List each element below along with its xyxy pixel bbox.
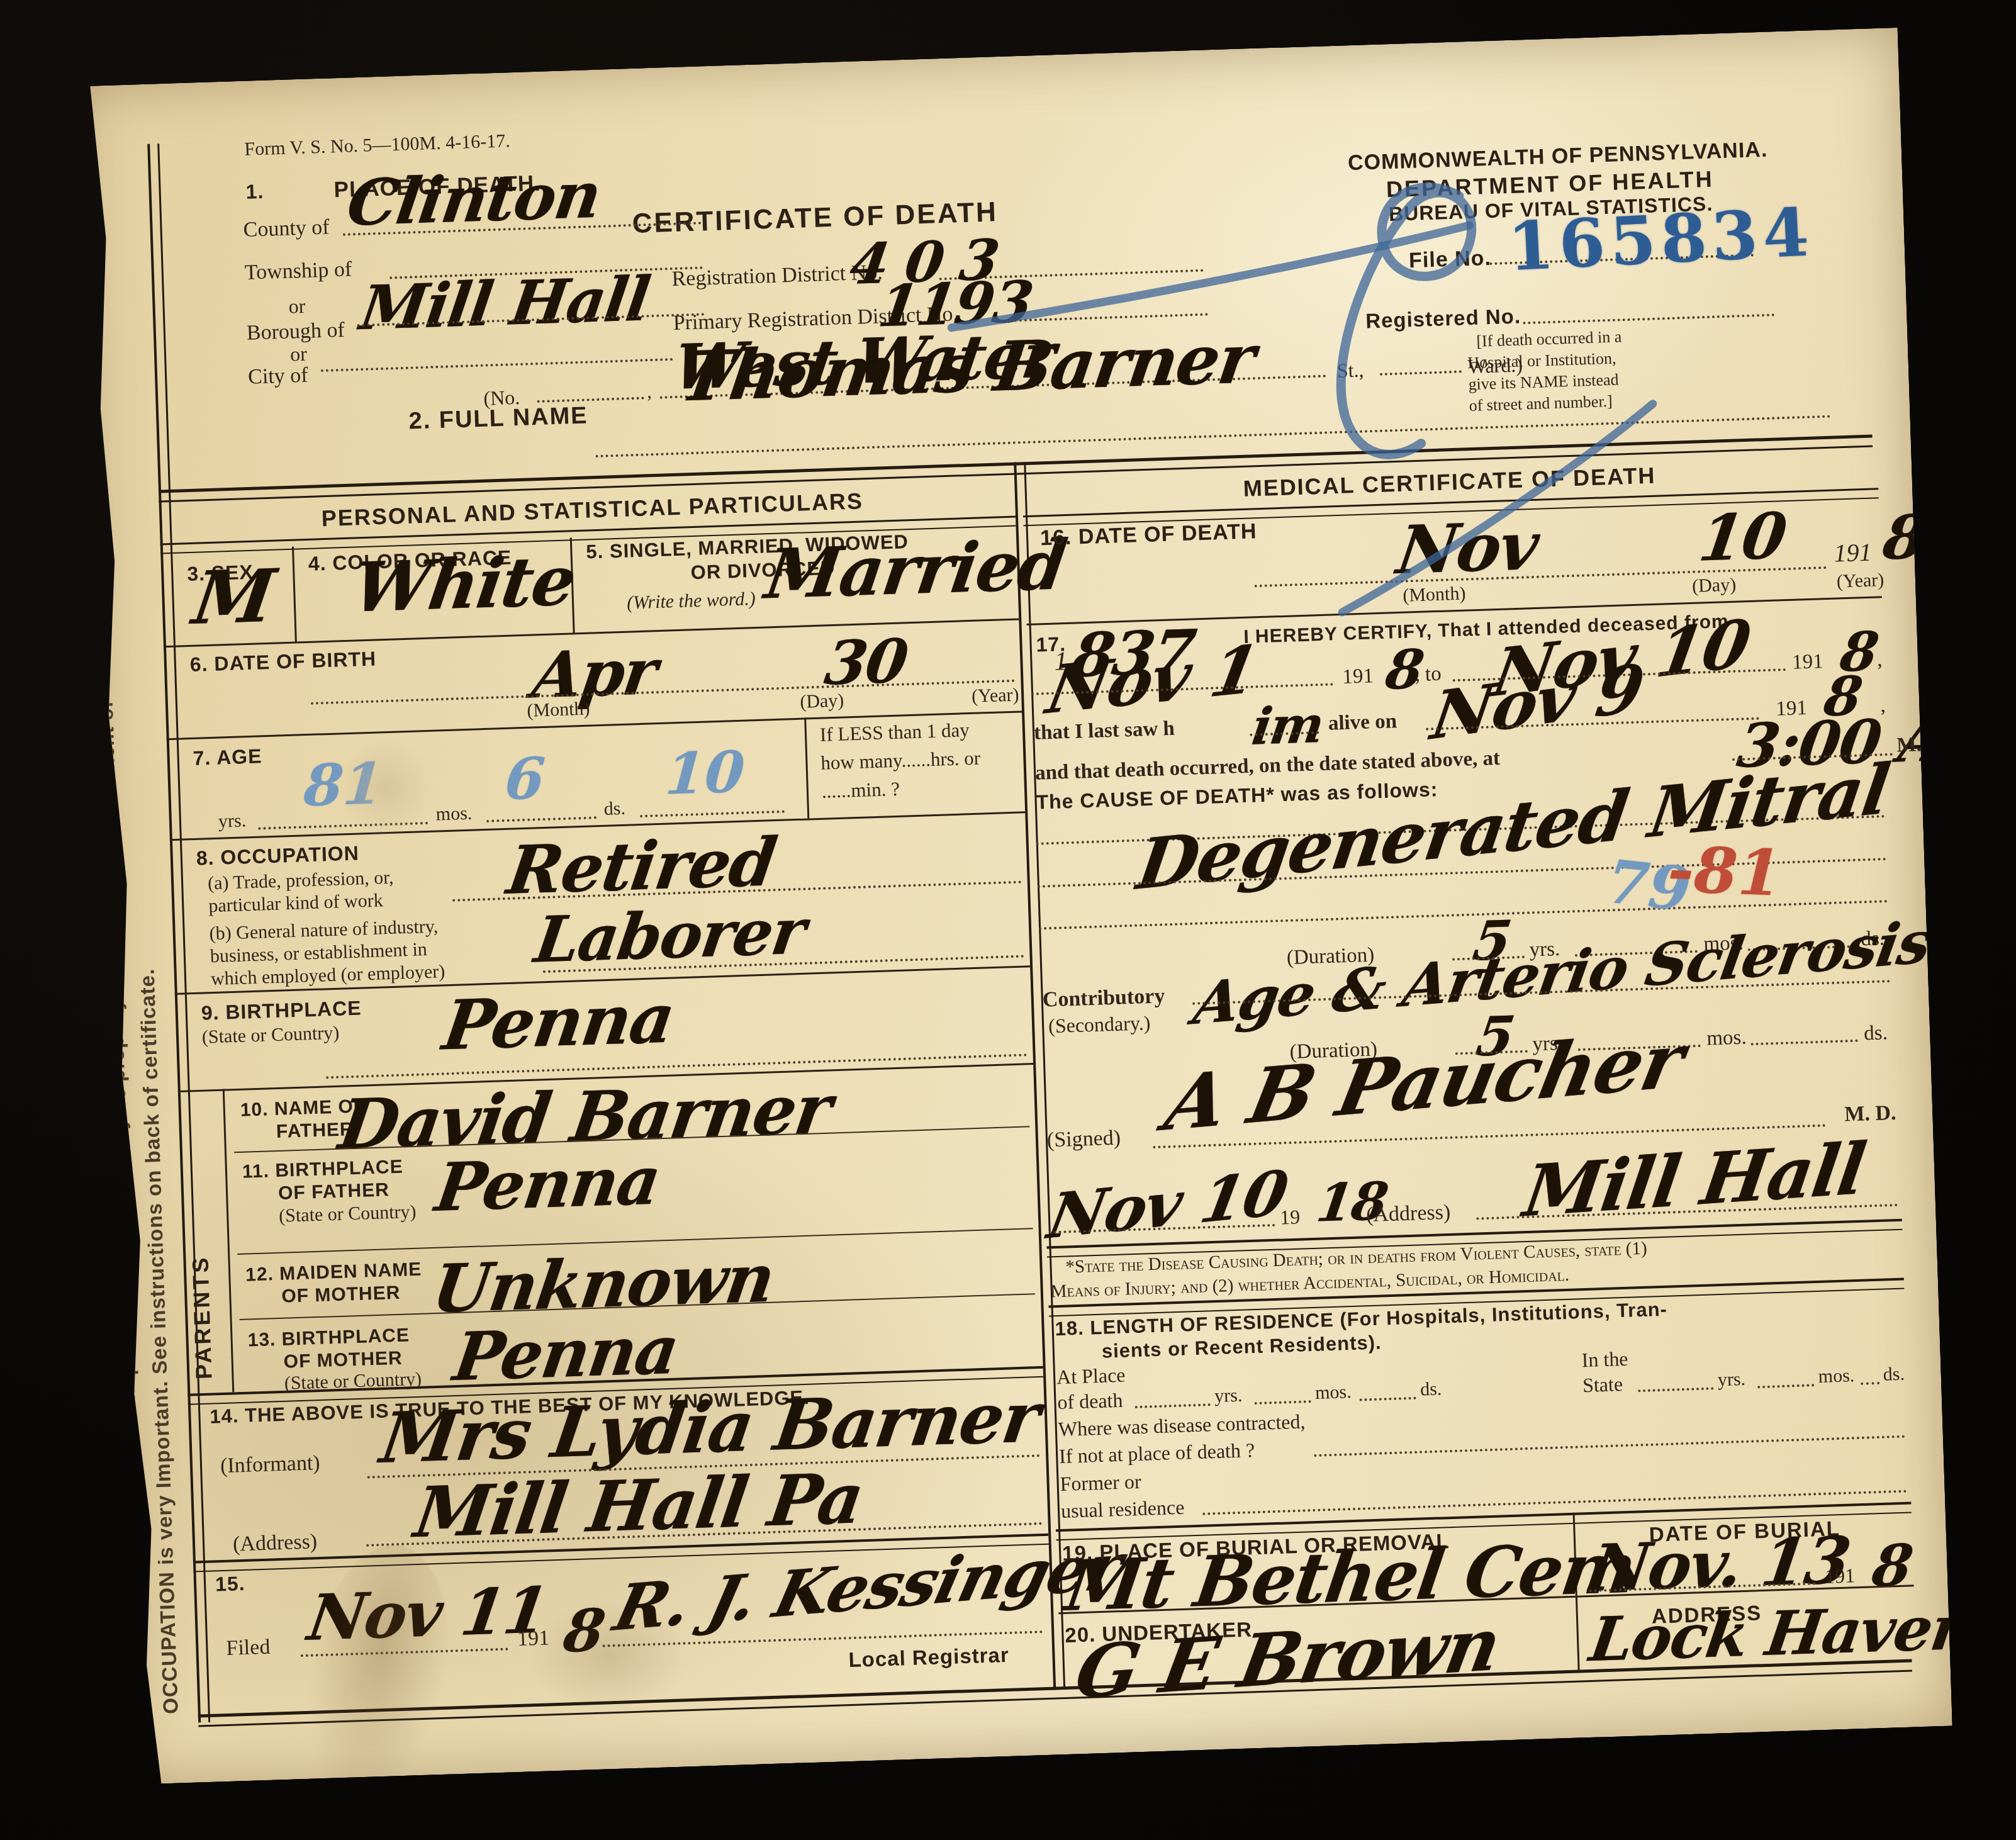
item1-number: 1. <box>245 180 264 204</box>
filed-year-printed: 191 <box>517 1626 550 1651</box>
death-year-printed: 191 <box>1834 537 1872 568</box>
or-label-2: or <box>289 342 307 366</box>
occupation-a-line2: particular kind of work <box>208 890 383 917</box>
birthplace-value: Penna <box>439 979 679 1065</box>
city-label: City of <box>248 364 309 390</box>
ward-label: Ward.) <box>1467 353 1523 378</box>
street-comma: , <box>647 381 652 403</box>
r3 <box>1360 1397 1416 1401</box>
of-death-yrs: yrs. <box>1214 1385 1243 1407</box>
if-not-label: If not at place of death ? <box>1059 1439 1255 1468</box>
item15-number: 15. <box>215 1572 246 1596</box>
usual-residence-label: usual residence <box>1060 1496 1184 1523</box>
county-label: County of <box>243 216 330 242</box>
borough-label: Borough of <box>246 318 345 345</box>
if-less-note-1: If LESS than 1 day <box>819 719 970 746</box>
file-no-stamp: 165834 <box>1506 193 1816 286</box>
alive-on-label: alive on <box>1328 710 1397 736</box>
ds-label: ds. <box>603 798 625 820</box>
father-bp-value: Penna <box>431 1141 664 1226</box>
birthplace-label: 9. BIRTHPLACE <box>201 997 362 1025</box>
filed-date-value: Nov 11 <box>303 1573 552 1655</box>
sex-race-divider <box>292 547 297 642</box>
parents-divider <box>223 1089 235 1393</box>
dob-line <box>311 680 1016 705</box>
dob-day: 30 <box>820 626 911 699</box>
occupation-label: 8. OCCUPATION <box>196 842 359 870</box>
township-label: Township of <box>244 257 352 284</box>
signed-label: (Signed) <box>1046 1126 1121 1153</box>
certificate-paper: should state CAUSE OF DEATH in plain ter… <box>74 28 1952 1785</box>
md-label: M. D. <box>1844 1101 1896 1127</box>
r6 <box>1861 1382 1879 1385</box>
duration2-mos: mos. <box>1706 1026 1747 1050</box>
of-death-mos: mos. <box>1315 1381 1352 1404</box>
state-mos: mos. <box>1818 1365 1855 1388</box>
age-months-value: 6 <box>503 745 547 813</box>
yrs-line <box>258 822 428 830</box>
physician-signature: A B Paucher <box>1158 1016 1691 1148</box>
father-bp-label2: OF FATHER <box>278 1179 390 1204</box>
at-place-label: At Place <box>1056 1364 1126 1389</box>
where-contracted-label: Where was disease contracted, <box>1058 1410 1306 1441</box>
contributory-label: Contributory <box>1042 984 1165 1012</box>
age-years-value: 81 <box>301 750 385 819</box>
file-no-label: File No. <box>1409 246 1492 273</box>
form-number: Form V. S. No. 5—100M. 4-16-17. <box>244 130 510 160</box>
dob-day-caption: (Day) <box>800 690 844 713</box>
sex-value: M <box>188 553 279 641</box>
borough-value: Mill Hall <box>356 263 654 344</box>
age-days-value: 10 <box>663 739 747 808</box>
yrs-label: yrs. <box>218 810 246 832</box>
age-box-divider <box>804 717 809 818</box>
dob-year-caption: (Year) <box>972 685 1019 707</box>
full-name-label: 2. FULL NAME <box>408 402 588 435</box>
attended-from-year-printed: 191 <box>1342 665 1374 689</box>
age-annotation-red: -81 <box>1667 832 1783 911</box>
city-line <box>321 358 673 372</box>
dob-label: 6. DATE OF BIRTH <box>189 647 376 676</box>
attended-to-year-printed: 191 <box>1792 650 1824 675</box>
race-value: White <box>349 541 580 628</box>
dob-month-caption: (Month) <box>527 698 590 722</box>
filed-label: Filed <box>226 1635 271 1661</box>
filed-year-value: 8 <box>559 1596 608 1666</box>
state-label: State <box>1582 1372 1623 1397</box>
no-line <box>537 397 644 403</box>
registered-no-label: Registered No. <box>1365 304 1521 333</box>
death-day-value: 10 <box>1694 498 1790 576</box>
st-label: St., <box>1336 359 1364 383</box>
r4 <box>1638 1387 1713 1392</box>
if-not-line <box>1314 1435 1905 1457</box>
father-bp-sub: (State or Country) <box>279 1201 417 1227</box>
signed-date: Nov 10 <box>1043 1157 1292 1253</box>
death-month-caption: (Month) <box>1403 583 1466 607</box>
signed-year-printed: 19 <box>1280 1206 1301 1230</box>
age-label: 7. AGE <box>193 744 262 770</box>
r2 <box>1255 1400 1311 1405</box>
local-registrar-label: Local Registrar <box>848 1643 1009 1672</box>
ds-line <box>640 811 785 817</box>
scanned-death-certificate: should state CAUSE OF DEATH in plain ter… <box>0 0 2016 1840</box>
hospital-note-4: of street and number.] <box>1469 392 1613 415</box>
marital-value: Married <box>761 525 1070 615</box>
r1 <box>1135 1403 1211 1408</box>
burial-year-value: 8 <box>1868 1532 1916 1600</box>
in-the-label: In the <box>1581 1347 1628 1372</box>
state-yrs: yrs. <box>1717 1369 1745 1391</box>
father-bp-label1: 11. BIRTHPLACE <box>242 1157 403 1183</box>
to-comma: , <box>1876 648 1882 671</box>
marital-hint: (Write the word.) <box>627 588 756 614</box>
mother-name-label2: OF MOTHER <box>281 1282 401 1308</box>
of-death-ds: ds. <box>1420 1378 1442 1400</box>
state-ds: ds. <box>1883 1364 1905 1386</box>
secondary-label: (Secondary.) <box>1048 1011 1151 1038</box>
death-day-caption: (Day) <box>1692 575 1737 597</box>
mos-label: mos. <box>435 803 473 826</box>
death-year-value: 8 <box>1879 502 1929 574</box>
ward-line <box>1380 371 1462 376</box>
burial-year-printed: 191 <box>1824 1564 1855 1588</box>
death-date-line <box>1255 566 1827 587</box>
signed-address-value: Mill Hall <box>1519 1128 1870 1233</box>
registered-no-line <box>1523 313 1774 324</box>
am-label: M. <box>1896 733 1922 757</box>
last-saw-label: that I last saw h <box>1034 717 1175 745</box>
death-year-caption: (Year) <box>1836 569 1884 592</box>
duration2-ds: ds. <box>1864 1021 1888 1045</box>
mos-line <box>486 816 596 822</box>
r5 <box>1757 1384 1814 1388</box>
or-label-1: or <box>288 295 306 318</box>
contributory-value: Age & Arterio Sclerosis <box>1189 907 1935 1038</box>
if-less-note-2: how many......hrs. or <box>820 747 981 775</box>
last-seen-date: Nov 9 <box>1426 648 1648 755</box>
birthplace-sub: (State or Country) <box>202 1023 340 1048</box>
informant-address-label: (Address) <box>232 1530 317 1556</box>
if-less-note-3: ......min. ? <box>821 778 900 803</box>
informant-label: (Informant) <box>220 1451 320 1478</box>
him-value: im <box>1248 695 1327 756</box>
of-death-label: of death <box>1057 1389 1123 1414</box>
d2-l3 <box>1751 1040 1858 1045</box>
signed-address-label: (Address) <box>1366 1201 1451 1227</box>
former-label: Former or <box>1060 1470 1141 1496</box>
hospital-note-1: [If death occurred in a <box>1476 327 1622 351</box>
mother-bp-label1: 13. BIRTHPLACE <box>247 1325 410 1351</box>
informant-address-value: Mill Hall Pa <box>410 1457 868 1554</box>
